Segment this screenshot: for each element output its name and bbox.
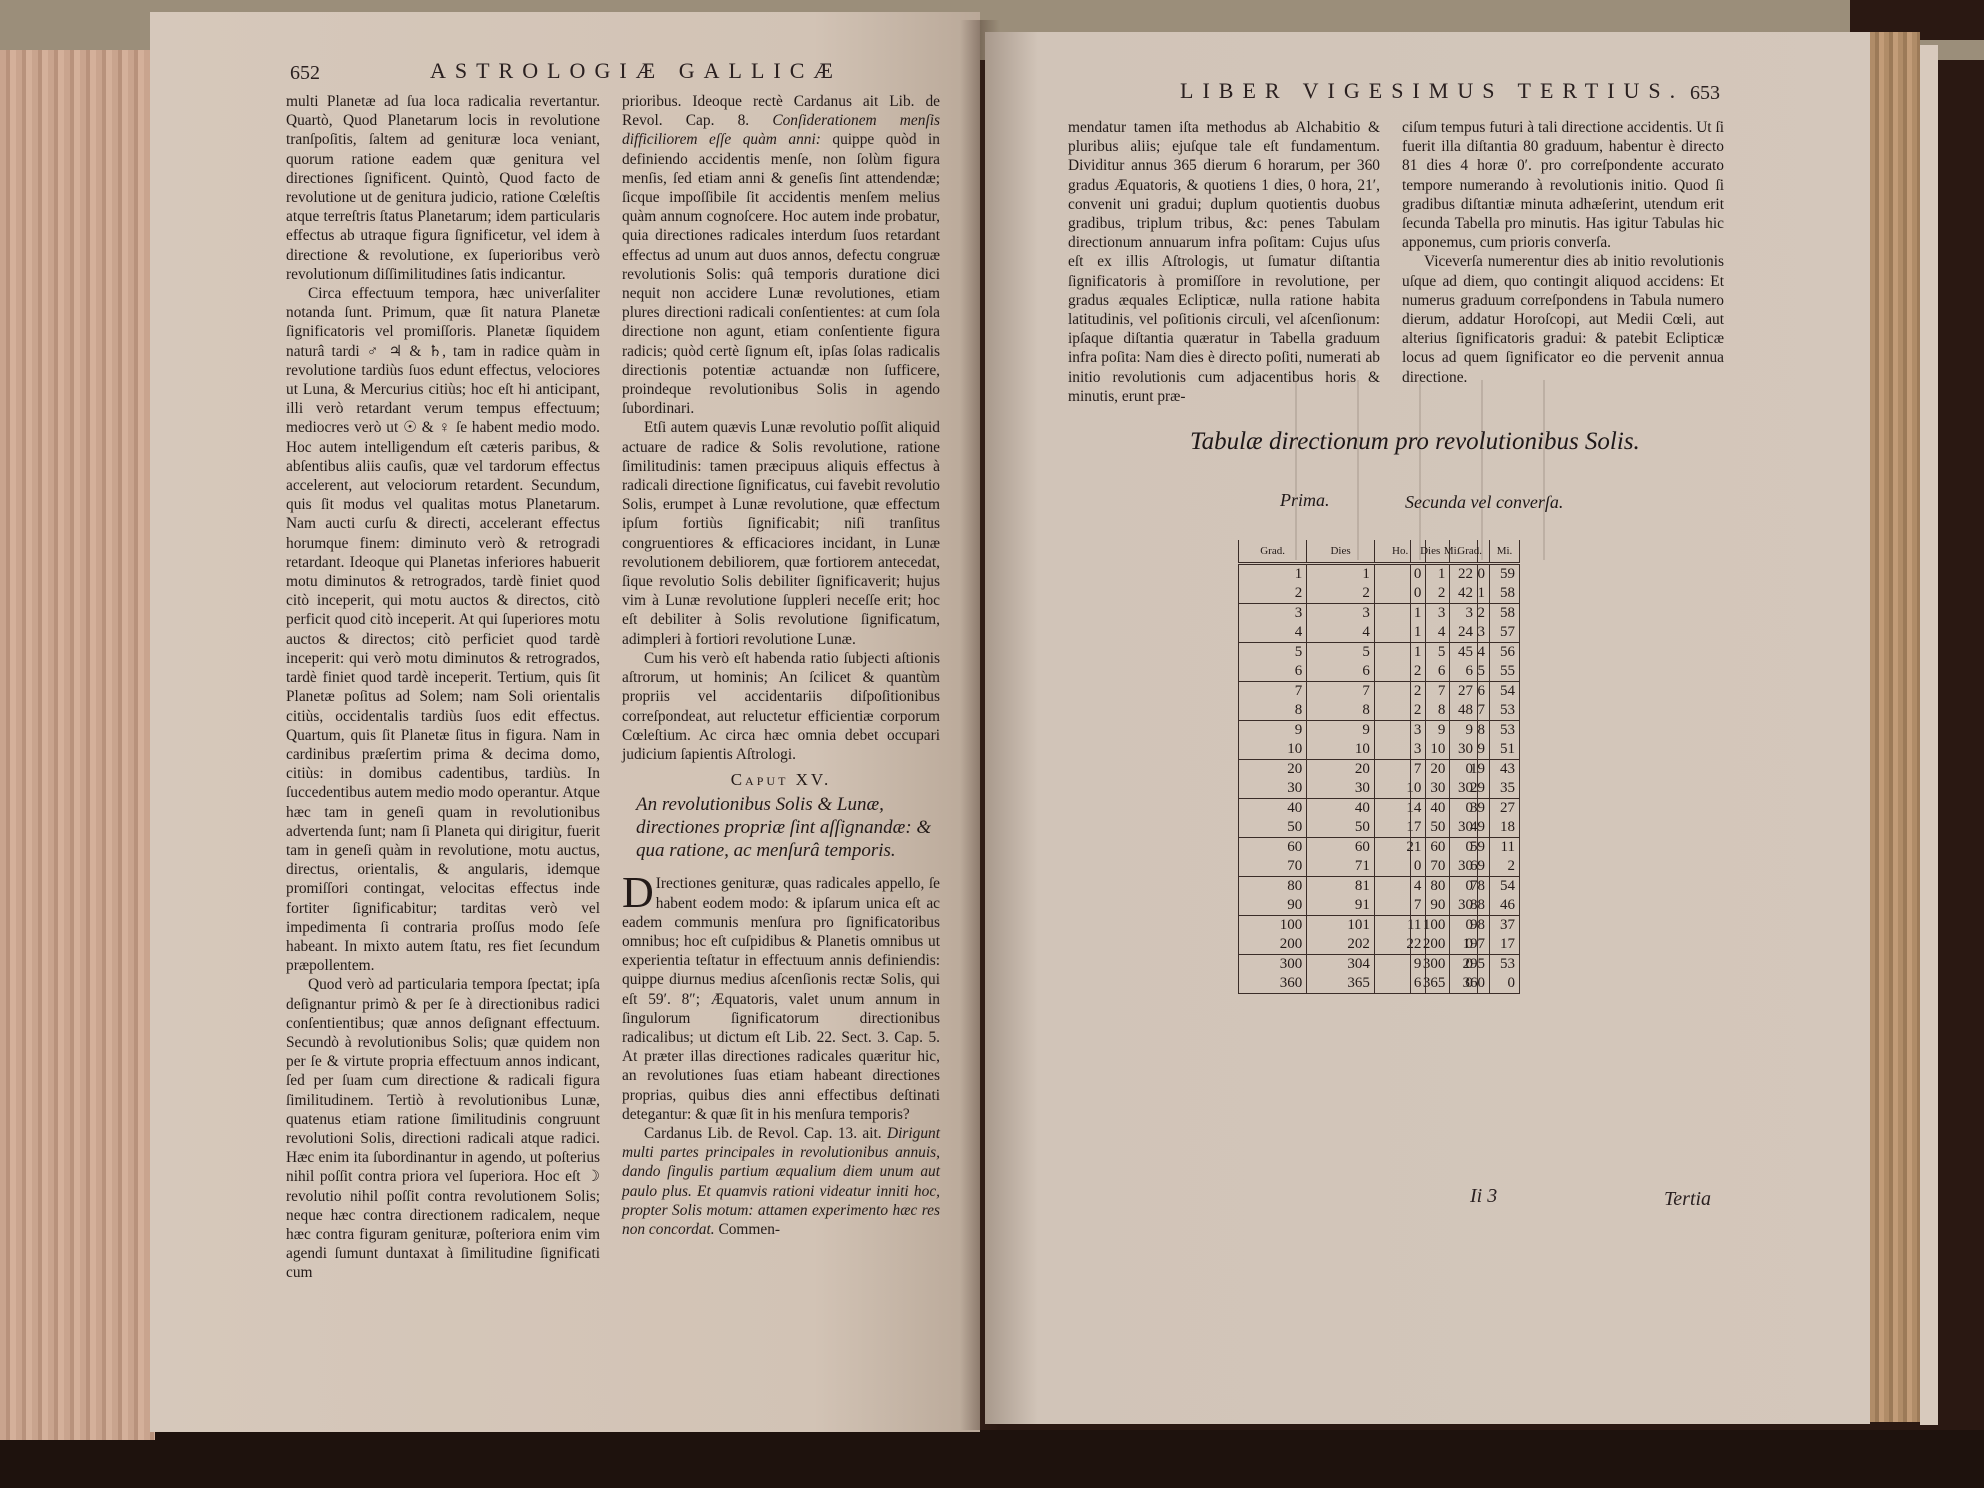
- table-cell: 101: [1307, 916, 1375, 936]
- paragraph: DIrectiones genituræ, quas radicales app…: [622, 874, 940, 1124]
- table-row: 9853: [1411, 721, 1520, 741]
- table-row: 1059: [1411, 564, 1520, 585]
- table-cell: 4: [1239, 623, 1307, 643]
- paragraph: Cardanus Lib. de Revol. Cap. 13. ait. Di…: [622, 1124, 940, 1239]
- table-cell: 70: [1411, 857, 1450, 877]
- chapter-title: An revolutionibus Solis & Lunæ, directio…: [622, 793, 940, 862]
- table-cell: 53: [1490, 701, 1520, 721]
- right-page-column-2: ciſum tempus futuri à tali directione ac…: [1402, 118, 1724, 387]
- table-row: 4357: [1411, 623, 1520, 643]
- table-title: Tabulæ directionum pro revolutionibus So…: [1190, 428, 1640, 456]
- table-row: 1009837: [1411, 916, 1520, 936]
- table-row: 807854: [1411, 877, 1520, 897]
- table-cell: 90: [1411, 896, 1450, 916]
- table-cell: 20: [1307, 760, 1375, 780]
- table-cell: 11: [1490, 838, 1520, 858]
- table-cell: 60: [1307, 838, 1375, 858]
- table-cell: 3: [1411, 604, 1450, 624]
- table-row: 70692: [1411, 857, 1520, 877]
- table-row: 302935: [1411, 779, 1520, 799]
- table-cell: 100: [1411, 916, 1450, 936]
- table-row: 2158: [1411, 584, 1520, 604]
- table-cell: 56: [1490, 643, 1520, 663]
- table-cell: 4: [1307, 623, 1375, 643]
- table-row: 6555: [1411, 662, 1520, 682]
- page-number-left: 652: [290, 62, 320, 85]
- running-head-right: LIBER VIGESIMUS TERTIUS.: [1180, 78, 1684, 104]
- table-cell: 90: [1239, 896, 1307, 916]
- table-cell: 30: [1239, 779, 1307, 799]
- table-cell: 17: [1490, 935, 1520, 955]
- paragraph: mendatur tamen iſta methodus ab Alchabit…: [1068, 118, 1380, 406]
- table-cell: 1: [1450, 584, 1490, 604]
- table-row: 605911: [1411, 838, 1520, 858]
- table-cell: 57: [1490, 623, 1520, 643]
- table-cell: 300: [1411, 955, 1450, 975]
- table-row: 5456: [1411, 643, 1520, 663]
- table-cell: 40: [1307, 799, 1375, 819]
- column-2-text-before-chapter: prioribus. Ideoque rectè Cardanus ait Li…: [622, 92, 940, 764]
- paragraph: Cum his verò eſt habenda ratio ſubjecti …: [622, 649, 940, 764]
- table-cell: 19: [1450, 760, 1490, 780]
- table-cell: 60: [1411, 838, 1450, 858]
- table-cell: 9: [1239, 721, 1307, 741]
- table-cell: 2: [1239, 584, 1307, 604]
- table-cell: 59: [1490, 564, 1520, 585]
- table-cell: 9: [1307, 721, 1375, 741]
- catchword: Tertia: [1664, 1188, 1711, 1211]
- table-cell: 197: [1450, 935, 1490, 955]
- table-cell: 8: [1411, 701, 1450, 721]
- table-cell: 4: [1450, 643, 1490, 663]
- book-page-edges-left: [0, 50, 155, 1440]
- column-header: Dies: [1411, 540, 1450, 564]
- table-cell: 20: [1411, 760, 1450, 780]
- table-row: 7654: [1411, 682, 1520, 702]
- table-cell: 0: [1450, 564, 1490, 585]
- table-cell: 0: [1490, 974, 1520, 994]
- table-cell: 9: [1411, 721, 1450, 741]
- table-cell: 4: [1411, 623, 1450, 643]
- table-cell: 53: [1490, 721, 1520, 741]
- table-header-row: DiesGrad.Mi.: [1411, 540, 1520, 564]
- table-cell: 304: [1307, 955, 1375, 975]
- table-cell: 69: [1450, 857, 1490, 877]
- table-cell: 200: [1411, 935, 1450, 955]
- show-through-ink: [1235, 380, 1565, 560]
- table-cell: 100: [1239, 916, 1307, 936]
- table-row: 20019717: [1411, 935, 1520, 955]
- table-cell: 70: [1239, 857, 1307, 877]
- column-header: Mi.: [1490, 540, 1520, 564]
- table-cell: 54: [1490, 877, 1520, 897]
- right-page-column-1: mendatur tamen iſta methodus ab Alchabit…: [1068, 118, 1380, 406]
- table-cell: 49: [1450, 818, 1490, 838]
- table-cell: 7: [1307, 682, 1375, 702]
- table-cell: 6: [1239, 662, 1307, 682]
- column-header: Grad.: [1450, 540, 1490, 564]
- table-row: 201943: [1411, 760, 1520, 780]
- table-cell: 8: [1307, 701, 1375, 721]
- table-row: 30029553: [1411, 955, 1520, 975]
- table-cell: 43: [1490, 760, 1520, 780]
- table-row: 3258: [1411, 604, 1520, 624]
- table-row: 504918: [1411, 818, 1520, 838]
- table-cell: 51: [1490, 740, 1520, 760]
- table-cell: 8: [1450, 721, 1490, 741]
- table-cell: 50: [1239, 818, 1307, 838]
- table-cell: 10: [1411, 740, 1450, 760]
- paragraph: Quod verò ad particularia tempora ſpecta…: [286, 975, 600, 1282]
- table-cell: 6: [1411, 662, 1450, 682]
- page-number-right: 653: [1690, 82, 1720, 105]
- table-cell: 29: [1450, 779, 1490, 799]
- table-cell: 46: [1490, 896, 1520, 916]
- table-cell: 60: [1239, 838, 1307, 858]
- table-cell: 80: [1411, 877, 1450, 897]
- table-cell: 35: [1490, 779, 1520, 799]
- table-cell: 5: [1307, 643, 1375, 663]
- table-cell: 81: [1307, 877, 1375, 897]
- column-2-text-after-chapter: DIrectiones genituræ, quas radicales app…: [622, 874, 940, 1239]
- table-cell: 98: [1450, 916, 1490, 936]
- table-row: 403927: [1411, 799, 1520, 819]
- table-subtitle-secunda: Secunda vel converſa.: [1405, 492, 1563, 513]
- table-cell: 91: [1307, 896, 1375, 916]
- paragraph: Circa effectuum tempora, hæc univerſalit…: [286, 284, 600, 975]
- table-cell: 1: [1307, 564, 1375, 585]
- table-cell: 295: [1450, 955, 1490, 975]
- table-cell: 30: [1411, 779, 1450, 799]
- table-cell: 40: [1239, 799, 1307, 819]
- table-cell: 5: [1450, 662, 1490, 682]
- table-cell: 7: [1411, 682, 1450, 702]
- table-cell: 2: [1490, 857, 1520, 877]
- book-page-edge-strip: [1920, 45, 1938, 1425]
- column-header: Dies: [1307, 540, 1375, 564]
- table-cell: 50: [1411, 818, 1450, 838]
- table-subtitle-prima: Prima.: [1280, 490, 1330, 511]
- left-page-column-2: prioribus. Ideoque rectè Cardanus ait Li…: [622, 92, 940, 1252]
- table-cell: 1: [1411, 564, 1450, 585]
- directions-table-secunda: DiesGrad.Mi. 105921583258435754566555765…: [1410, 540, 1520, 994]
- table-cell: 7: [1239, 682, 1307, 702]
- table-cell: 78: [1450, 877, 1490, 897]
- table-cell: 365: [1411, 974, 1450, 994]
- table-cell: 9: [1450, 740, 1490, 760]
- table-cell: 6: [1450, 682, 1490, 702]
- left-page-column-1: multi Planetæ ad ſua loca radicalia reve…: [286, 92, 600, 1242]
- table-cell: 5: [1411, 643, 1450, 663]
- table-cell: 55: [1490, 662, 1520, 682]
- table-cell: 3: [1239, 604, 1307, 624]
- running-head-left: ASTROLOGIÆ GALLICÆ: [430, 58, 842, 84]
- table-cell: 5: [1239, 643, 1307, 663]
- background-table-surface: [0, 1430, 1984, 1488]
- table-cell: 10: [1239, 740, 1307, 760]
- table-cell: 300: [1239, 955, 1307, 975]
- table-row: 8753: [1411, 701, 1520, 721]
- table-cell: 2: [1411, 584, 1450, 604]
- signature-mark: Ii 3: [1470, 1185, 1497, 1208]
- table-cell: 200: [1239, 935, 1307, 955]
- table-cell: 2: [1307, 584, 1375, 604]
- table-cell: 88: [1450, 896, 1490, 916]
- book-page-edges-right: [1870, 32, 1920, 1422]
- table-row: 3653600: [1411, 974, 1520, 994]
- table-cell: 54: [1490, 682, 1520, 702]
- table-cell: 3: [1450, 623, 1490, 643]
- table-row: 908846: [1411, 896, 1520, 916]
- table-cell: 360: [1239, 974, 1307, 994]
- paragraph: Etſi autem quævis Lunæ revolutio poſſit …: [622, 418, 940, 648]
- paragraph: ciſum tempus futuri à tali directione ac…: [1402, 118, 1724, 252]
- table-cell: 2: [1450, 604, 1490, 624]
- chapter-number: Caput XV.: [622, 770, 940, 789]
- table-cell: 71: [1307, 857, 1375, 877]
- table-cell: 8: [1239, 701, 1307, 721]
- table-cell: 27: [1490, 799, 1520, 819]
- column-header: Grad.: [1239, 540, 1307, 564]
- table-cell: 1: [1239, 564, 1307, 585]
- table-cell: 20: [1239, 760, 1307, 780]
- table-cell: 6: [1307, 662, 1375, 682]
- table-cell: 50: [1307, 818, 1375, 838]
- table-cell: 80: [1239, 877, 1307, 897]
- table-cell: 39: [1450, 799, 1490, 819]
- table-cell: 40: [1411, 799, 1450, 819]
- table-cell: 37: [1490, 916, 1520, 936]
- table-cell: 53: [1490, 955, 1520, 975]
- paragraph: prioribus. Ideoque rectè Cardanus ait Li…: [622, 92, 940, 418]
- table-cell: 58: [1490, 584, 1520, 604]
- paragraph: Viceverſa numerentur dies ab initio revo…: [1402, 252, 1724, 386]
- table-row: 10951: [1411, 740, 1520, 760]
- table-cell: 10: [1307, 740, 1375, 760]
- table-cell: 202: [1307, 935, 1375, 955]
- paragraph: multi Planetæ ad ſua loca radicalia reve…: [286, 92, 600, 284]
- table-cell: 3: [1307, 604, 1375, 624]
- table-cell: 7: [1450, 701, 1490, 721]
- table-cell: 18: [1490, 818, 1520, 838]
- table-cell: 59: [1450, 838, 1490, 858]
- drop-cap: D: [622, 874, 654, 912]
- table-cell: 365: [1307, 974, 1375, 994]
- table-cell: 30: [1307, 779, 1375, 799]
- table-cell: 360: [1450, 974, 1490, 994]
- table-cell: 58: [1490, 604, 1520, 624]
